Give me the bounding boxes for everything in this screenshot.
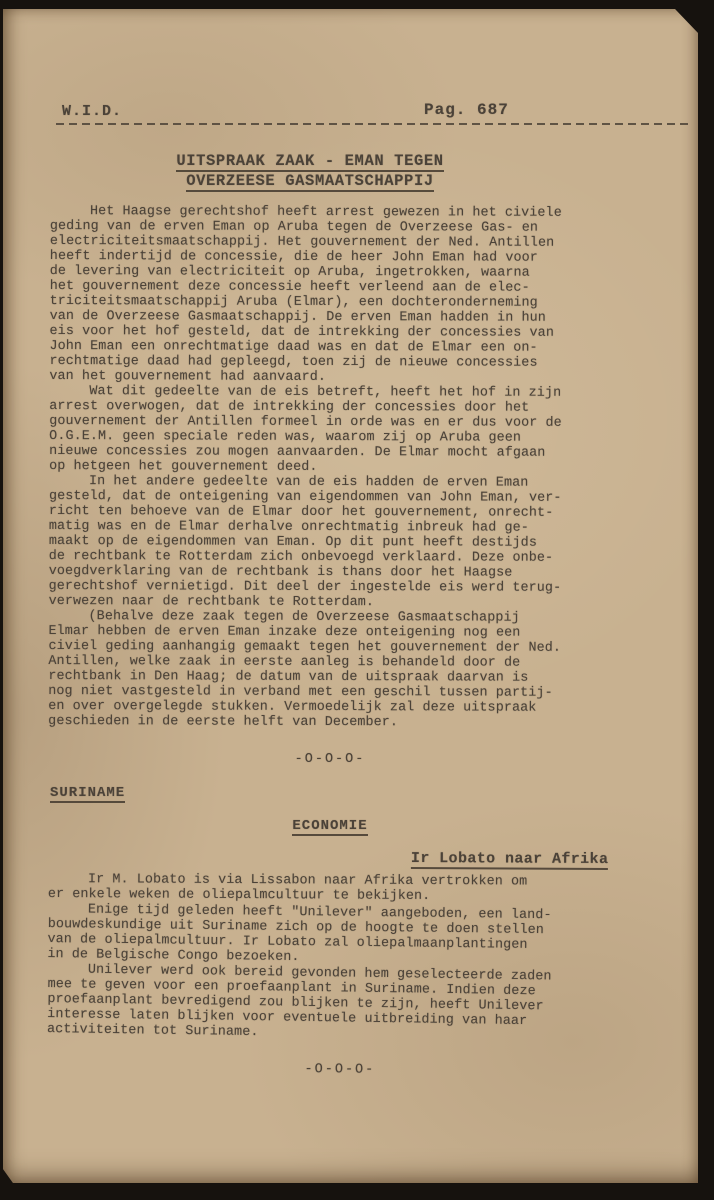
section-divider: -O-O-O- bbox=[60, 1060, 620, 1080]
article2-title: Ir Lobato naar Afrika bbox=[411, 850, 609, 870]
section-label-suriname: SURINAME bbox=[50, 785, 125, 803]
document-content: W.I.D. Pag. 687 UITSPRAAK ZAAK - EMAN TE… bbox=[0, 0, 714, 1200]
article2-body: Ir M. Lobato is via Lissabon naar Afrika… bbox=[48, 872, 648, 1037]
header-dashed-rule bbox=[56, 123, 690, 125]
article1-title-line2: OVERZEESE GASMAATSCHAPPIJ bbox=[186, 172, 434, 192]
scanned-document-page: { "colors": { "paper": "#c8b190", "ink":… bbox=[0, 0, 714, 1200]
paragraph: In het andere gedeelte van de eis hadden… bbox=[49, 474, 633, 611]
paragraph: Wat dit gedeelte van de eis betreft, hee… bbox=[49, 384, 633, 476]
paragraph: Ir M. Lobato is via Lissabon naar Afrika… bbox=[48, 872, 648, 905]
article1-body: Het Haagse gerechtshof heeft arrest gewe… bbox=[48, 204, 634, 731]
article1-title: UITSPRAAK ZAAK - EMAN TEGEN OVERZEESE GA… bbox=[50, 152, 570, 192]
page-number: Pag. 687 bbox=[424, 101, 509, 119]
section-label-text: SURINAME bbox=[50, 785, 125, 803]
paragraph: Het Haagse gerechtshof heeft arrest gewe… bbox=[49, 204, 634, 386]
paragraph: Enige tijd geleden heeft "Unilever" aang… bbox=[47, 902, 648, 969]
article1-title-line1: UITSPRAAK ZAAK - EMAN TEGEN bbox=[176, 152, 443, 172]
category-heading-text: ECONOMIE bbox=[292, 818, 367, 836]
bulletin-title: W.I.D. bbox=[62, 103, 122, 120]
paragraph: (Behalve deze zaak tegen de Overzeese Ga… bbox=[48, 609, 632, 731]
section-divider: -O-O-O- bbox=[50, 752, 610, 767]
paragraph: Unilever werd ook bereid gevonden hem ge… bbox=[47, 962, 648, 1046]
category-heading-economie: ECONOMIE bbox=[50, 818, 610, 836]
article2-title-text: Ir Lobato naar Afrika bbox=[411, 850, 609, 870]
